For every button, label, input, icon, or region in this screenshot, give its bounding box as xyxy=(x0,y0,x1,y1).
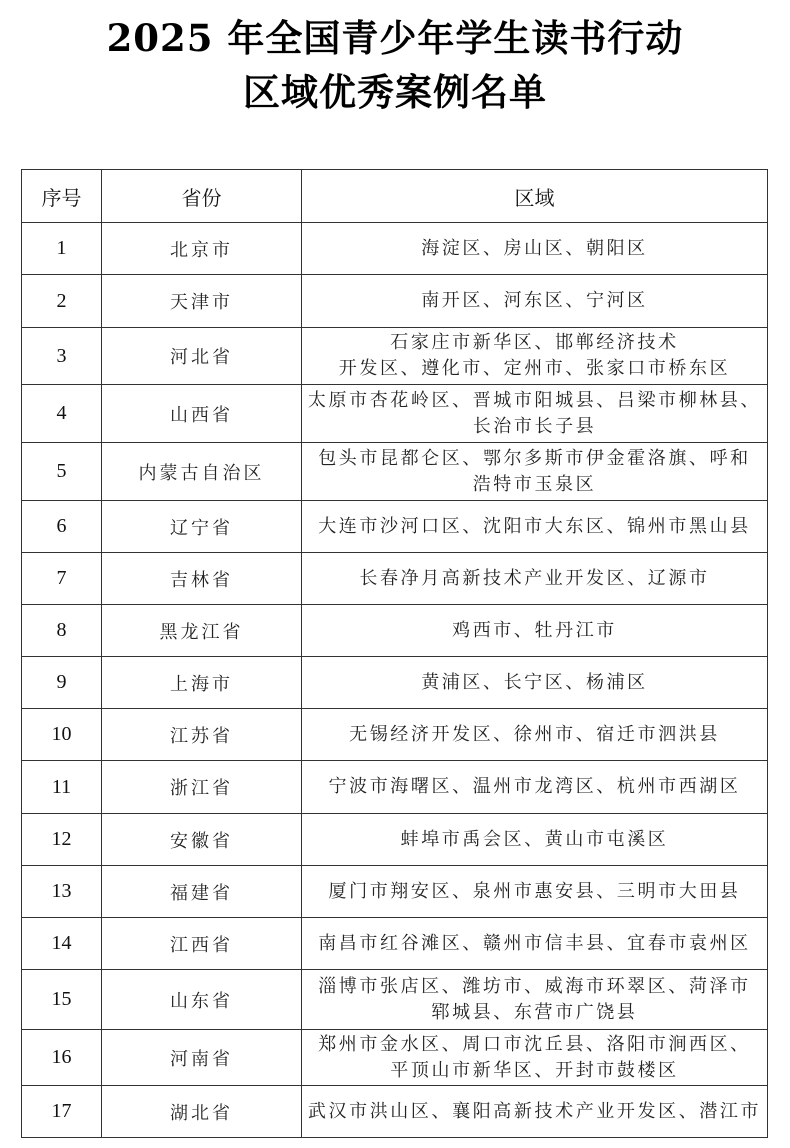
region-text-line: 淄博市张店区、潍坊市、威海市环翠区、菏泽市 xyxy=(302,974,767,1000)
cell-province: 河北省 xyxy=(102,328,302,385)
cell-province: 江西省 xyxy=(102,918,302,970)
table-row: 16河南省郑州市金水区、周口市沈丘县、洛阳市涧西区、平顶山市新华区、开封市鼓楼区 xyxy=(22,1030,768,1086)
cell-serial-number: 10 xyxy=(22,709,102,761)
region-text-line: 浩特市玉泉区 xyxy=(302,472,767,498)
cell-serial-number: 2 xyxy=(22,275,102,328)
cell-region: 海淀区、房山区、朝阳区 xyxy=(302,223,768,275)
region-text-line: 包头市昆都仑区、鄂尔多斯市伊金霍洛旗、呼和 xyxy=(302,446,767,472)
cell-province: 山东省 xyxy=(102,970,302,1030)
table-row: 12安徽省蚌埠市禹会区、黄山市屯溪区 xyxy=(22,814,768,866)
cell-province: 辽宁省 xyxy=(102,501,302,553)
region-text-line: 大连市沙河口区、沈阳市大东区、锦州市黑山县 xyxy=(302,514,767,540)
cell-serial-number: 14 xyxy=(22,918,102,970)
region-text-line: 黄浦区、长宁区、杨浦区 xyxy=(302,670,767,696)
table-row: 11浙江省宁波市海曙区、温州市龙湾区、杭州市西湖区 xyxy=(22,761,768,814)
case-list-table: 序号 省份 区域 1北京市海淀区、房山区、朝阳区2天津市南开区、河东区、宁河区3… xyxy=(21,169,768,1138)
region-text-line: 南开区、河东区、宁河区 xyxy=(302,288,767,314)
cell-province: 河南省 xyxy=(102,1030,302,1086)
cell-region: 南开区、河东区、宁河区 xyxy=(302,275,768,328)
cell-region: 厦门市翔安区、泉州市惠安县、三明市大田县 xyxy=(302,866,768,918)
table-row: 4山西省太原市杏花岭区、晋城市阳城县、吕梁市柳林县、长治市长子县 xyxy=(22,385,768,443)
header-region: 区域 xyxy=(302,170,768,223)
cell-serial-number: 4 xyxy=(22,385,102,443)
table-row: 17湖北省武汉市洪山区、襄阳高新技术产业开发区、潜江市 xyxy=(22,1086,768,1138)
table-row: 8黑龙江省鸡西市、牡丹江市 xyxy=(22,605,768,657)
cell-serial-number: 5 xyxy=(22,443,102,501)
table-header-row: 序号 省份 区域 xyxy=(22,170,768,223)
header-serial-number: 序号 xyxy=(22,170,102,223)
cell-region: 黄浦区、长宁区、杨浦区 xyxy=(302,657,768,709)
cell-province: 安徽省 xyxy=(102,814,302,866)
region-text-line: 长春净月高新技术产业开发区、辽源市 xyxy=(302,566,767,592)
region-text-line: 海淀区、房山区、朝阳区 xyxy=(302,236,767,262)
table-row: 9上海市黄浦区、长宁区、杨浦区 xyxy=(22,657,768,709)
table-row: 7吉林省长春净月高新技术产业开发区、辽源市 xyxy=(22,553,768,605)
table-row: 5内蒙古自治区包头市昆都仑区、鄂尔多斯市伊金霍洛旗、呼和浩特市玉泉区 xyxy=(22,443,768,501)
cell-serial-number: 3 xyxy=(22,328,102,385)
cell-region: 蚌埠市禹会区、黄山市屯溪区 xyxy=(302,814,768,866)
cell-region: 大连市沙河口区、沈阳市大东区、锦州市黑山县 xyxy=(302,501,768,553)
cell-province: 湖北省 xyxy=(102,1086,302,1138)
region-text-line: 武汉市洪山区、襄阳高新技术产业开发区、潜江市 xyxy=(302,1099,767,1125)
cell-region: 太原市杏花岭区、晋城市阳城县、吕梁市柳林县、长治市长子县 xyxy=(302,385,768,443)
region-text-line: 鸡西市、牡丹江市 xyxy=(302,618,767,644)
cell-serial-number: 15 xyxy=(22,970,102,1030)
region-text-line: 南昌市红谷滩区、赣州市信丰县、宜春市袁州区 xyxy=(302,931,767,957)
cell-region: 包头市昆都仑区、鄂尔多斯市伊金霍洛旗、呼和浩特市玉泉区 xyxy=(302,443,768,501)
cell-serial-number: 11 xyxy=(22,761,102,814)
region-text-line: 长治市长子县 xyxy=(302,414,767,440)
region-text-line: 宁波市海曙区、温州市龙湾区、杭州市西湖区 xyxy=(302,774,767,800)
cell-province: 天津市 xyxy=(102,275,302,328)
region-text-line: 郓城县、东营市广饶县 xyxy=(302,1000,767,1026)
region-text-line: 石家庄市新华区、邯郸经济技术 xyxy=(302,330,767,356)
cell-serial-number: 8 xyxy=(22,605,102,657)
table-row: 14江西省南昌市红谷滩区、赣州市信丰县、宜春市袁州区 xyxy=(22,918,768,970)
cell-region: 宁波市海曙区、温州市龙湾区、杭州市西湖区 xyxy=(302,761,768,814)
cell-province: 内蒙古自治区 xyxy=(102,443,302,501)
header-province: 省份 xyxy=(102,170,302,223)
cell-province: 吉林省 xyxy=(102,553,302,605)
cell-serial-number: 9 xyxy=(22,657,102,709)
cell-region: 长春净月高新技术产业开发区、辽源市 xyxy=(302,553,768,605)
region-text-line: 开发区、遵化市、定州市、张家口市桥东区 xyxy=(302,356,767,382)
cell-province: 山西省 xyxy=(102,385,302,443)
cell-province: 江苏省 xyxy=(102,709,302,761)
cell-serial-number: 16 xyxy=(22,1030,102,1086)
cell-serial-number: 13 xyxy=(22,866,102,918)
cell-province: 福建省 xyxy=(102,866,302,918)
cell-province: 浙江省 xyxy=(102,761,302,814)
table-row: 10江苏省无锡经济开发区、徐州市、宿迁市泗洪县 xyxy=(22,709,768,761)
document-title-line-2: 区域优秀案例名单 xyxy=(0,68,790,116)
region-text-line: 无锡经济开发区、徐州市、宿迁市泗洪县 xyxy=(302,722,767,748)
cell-serial-number: 6 xyxy=(22,501,102,553)
table-row: 2天津市南开区、河东区、宁河区 xyxy=(22,275,768,328)
cell-region: 鸡西市、牡丹江市 xyxy=(302,605,768,657)
cell-region: 石家庄市新华区、邯郸经济技术开发区、遵化市、定州市、张家口市桥东区 xyxy=(302,328,768,385)
cell-province: 上海市 xyxy=(102,657,302,709)
table-row: 1北京市海淀区、房山区、朝阳区 xyxy=(22,223,768,275)
cell-province: 黑龙江省 xyxy=(102,605,302,657)
cell-serial-number: 12 xyxy=(22,814,102,866)
region-text-line: 厦门市翔安区、泉州市惠安县、三明市大田县 xyxy=(302,879,767,905)
cell-region: 郑州市金水区、周口市沈丘县、洛阳市涧西区、平顶山市新华区、开封市鼓楼区 xyxy=(302,1030,768,1086)
cell-region: 淄博市张店区、潍坊市、威海市环翠区、菏泽市郓城县、东营市广饶县 xyxy=(302,970,768,1030)
table-row: 3河北省石家庄市新华区、邯郸经济技术开发区、遵化市、定州市、张家口市桥东区 xyxy=(22,328,768,385)
region-text-line: 太原市杏花岭区、晋城市阳城县、吕梁市柳林县、 xyxy=(302,388,767,414)
cell-region: 武汉市洪山区、襄阳高新技术产业开发区、潜江市 xyxy=(302,1086,768,1138)
region-text-line: 郑州市金水区、周口市沈丘县、洛阳市涧西区、 xyxy=(302,1032,767,1058)
table-row: 13福建省厦门市翔安区、泉州市惠安县、三明市大田县 xyxy=(22,866,768,918)
document-title-line-1: 2025 年全国青少年学生读书行动 xyxy=(0,14,790,62)
region-text-line: 蚌埠市禹会区、黄山市屯溪区 xyxy=(302,827,767,853)
table-row: 6辽宁省大连市沙河口区、沈阳市大东区、锦州市黑山县 xyxy=(22,501,768,553)
table-row: 15山东省淄博市张店区、潍坊市、威海市环翠区、菏泽市郓城县、东营市广饶县 xyxy=(22,970,768,1030)
cell-region: 无锡经济开发区、徐州市、宿迁市泗洪县 xyxy=(302,709,768,761)
cell-serial-number: 1 xyxy=(22,223,102,275)
cell-province: 北京市 xyxy=(102,223,302,275)
region-text-line: 平顶山市新华区、开封市鼓楼区 xyxy=(302,1058,767,1084)
cell-region: 南昌市红谷滩区、赣州市信丰县、宜春市袁州区 xyxy=(302,918,768,970)
cell-serial-number: 7 xyxy=(22,553,102,605)
cell-serial-number: 17 xyxy=(22,1086,102,1138)
